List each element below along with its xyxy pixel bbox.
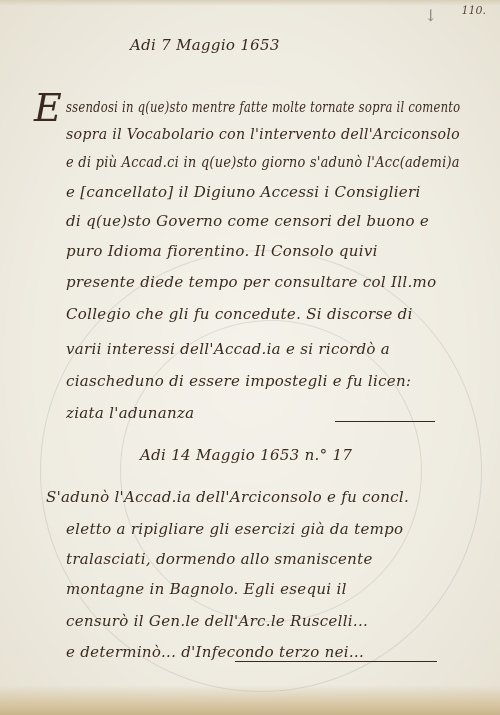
entry-1-line-3: e di più Accad.ci in q(ue)sto giorno s'a… <box>66 153 460 171</box>
entry-2-line-5: censurò il Gen.le dell'Arc.le Ruscelli..… <box>66 612 368 630</box>
entry-2-line-6: e determinò... d'Infecondo terzo nei... <box>66 643 364 661</box>
entry-1-line-6: puro Idioma fiorentino. Il Consolo quivi <box>66 242 378 260</box>
entry-1-line-2: sopra il Vocabolario con l'intervento de… <box>66 125 460 143</box>
entry-1-line-1: ssendosi in q(ue)sto mentre fatte molte … <box>66 98 460 116</box>
entry-1-line-8: Collegio che gli fu concedute. Si discor… <box>66 305 413 323</box>
entry-1-heading: Adi 7 Maggio 1653 <box>130 36 280 54</box>
entry-1-line-4: e [cancellato] il Digiuno Accessi i Cons… <box>66 183 421 201</box>
entry-1-line-10: ciascheduno di essere impostegli e fu li… <box>66 372 411 390</box>
entry-2-end-rule <box>235 661 437 662</box>
entry-2-line-1: S'adunò l'Accad.ia dell'Arciconsolo e fu… <box>46 488 409 506</box>
entry-1-line-9: varii interessi dell'Accad.ia e si ricor… <box>66 340 390 358</box>
entry-1-line-5: di q(ue)sto Governo come censori del buo… <box>66 212 429 230</box>
entry-1-line-11: ziata l'adunanza <box>66 404 194 422</box>
entry-2-line-3: tralasciati, dormendo allo smaniscente <box>66 550 373 568</box>
folio-number: 110. <box>462 4 487 17</box>
decorated-initial: E <box>34 86 62 130</box>
entry-1-line-7: presente diede tempo per consultare col … <box>66 273 436 291</box>
watermark-circle-inner <box>120 320 422 622</box>
entry-2-line-4: montagne in Bagnolo. Egli esequi il <box>66 580 347 598</box>
page-bottom-edge <box>0 685 500 715</box>
entry-1-end-rule <box>335 421 435 422</box>
entry-2-heading: Adi 14 Maggio 1653 n.° 17 <box>140 446 352 464</box>
margin-arrow-mark: ↓ <box>424 6 437 25</box>
entry-2-line-2: eletto a ripigliare gli esercizi già da … <box>66 520 403 538</box>
manuscript-page: ↓ 110. Adi 7 Maggio 1653 E ssendosi in q… <box>0 0 500 715</box>
